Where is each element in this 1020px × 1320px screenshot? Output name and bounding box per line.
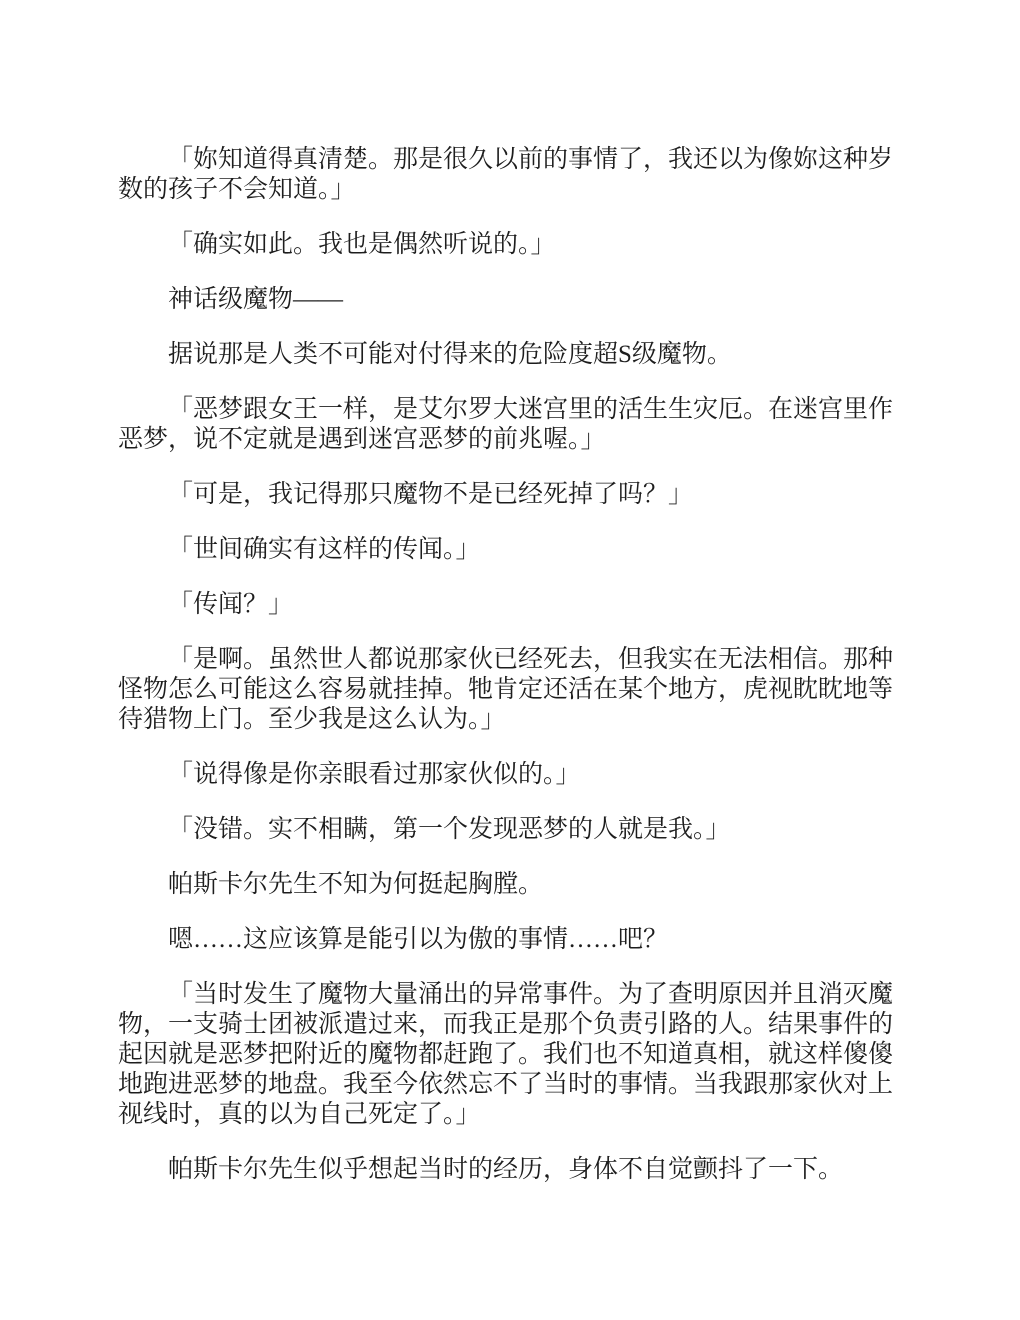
- paragraph: 「是啊。虽然世人都说那家伙已经死去，但我实在无法相信。那种怪物怎么可能这么容易就…: [118, 645, 893, 735]
- novel-page: 「妳知道得真清楚。那是很久以前的事情了，我还以为像妳这种岁数的孩子不会知道。」 …: [0, 0, 1020, 1320]
- paragraph: 神话级魔物——: [118, 285, 893, 315]
- paragraph: 帕斯卡尔先生不知为何挺起胸膛。: [118, 870, 893, 900]
- paragraph: 「妳知道得真清楚。那是很久以前的事情了，我还以为像妳这种岁数的孩子不会知道。」: [118, 145, 893, 205]
- paragraph: 帕斯卡尔先生似乎想起当时的经历，身体不自觉颤抖了一下。: [118, 1155, 893, 1185]
- paragraph: 「可是，我记得那只魔物不是已经死掉了吗？」: [118, 480, 893, 510]
- paragraph: 「传闻？」: [118, 590, 893, 620]
- paragraph: 「恶梦跟女王一样，是艾尔罗大迷宫里的活生生灾厄。在迷宫里作恶梦，说不定就是遇到迷…: [118, 395, 893, 455]
- paragraph: 「当时发生了魔物大量涌出的异常事件。为了查明原因并且消灭魔物，一支骑士团被派遣过…: [118, 980, 893, 1130]
- paragraph: 嗯……这应该算是能引以为傲的事情……吧？: [118, 925, 893, 955]
- paragraph: 「没错。实不相瞒，第一个发现恶梦的人就是我。」: [118, 815, 893, 845]
- paragraph: 「说得像是你亲眼看过那家伙似的。」: [118, 760, 893, 790]
- paragraph: 「确实如此。我也是偶然听说的。」: [118, 230, 893, 260]
- paragraph: 据说那是人类不可能对付得来的危险度超S级魔物。: [118, 340, 893, 370]
- paragraph: 「世间确实有这样的传闻。」: [118, 535, 893, 565]
